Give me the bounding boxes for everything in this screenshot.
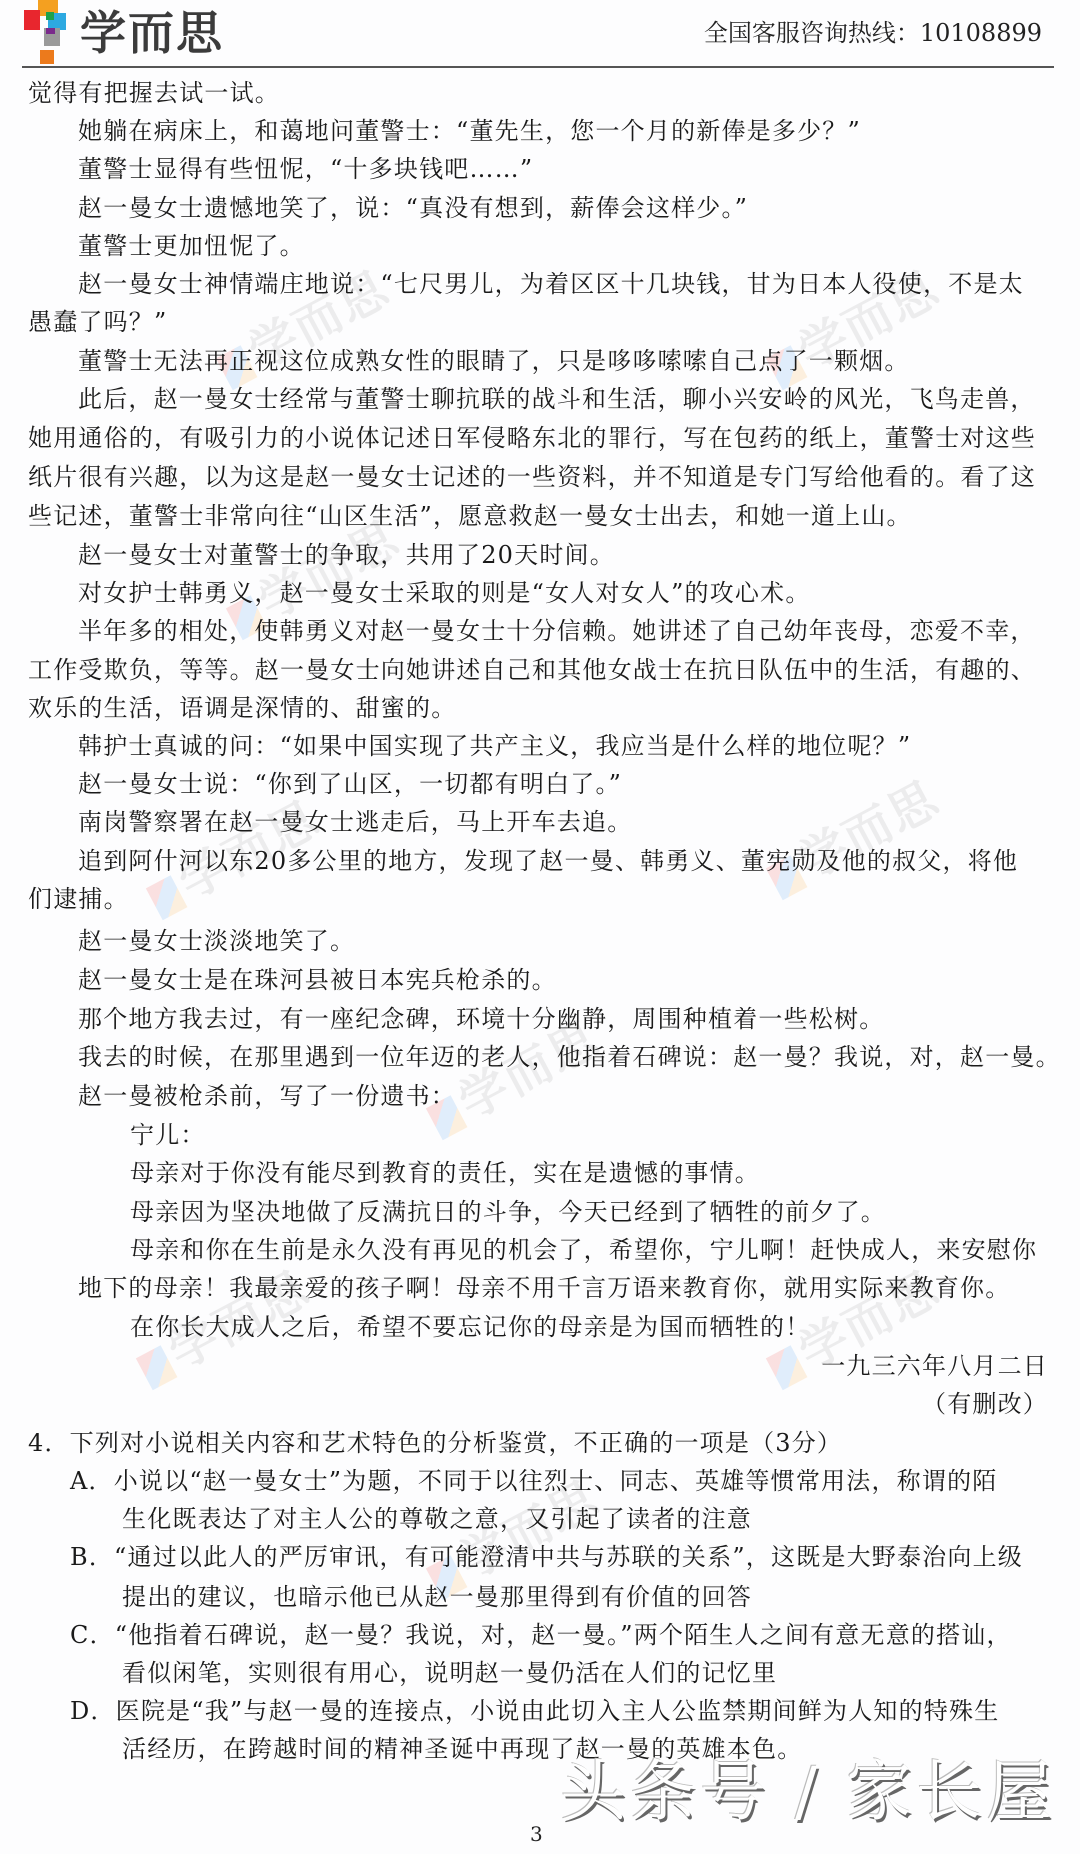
brand-logo-text: 学而思 bbox=[80, 6, 224, 60]
letter-line: 母亲和你在生前是永久没有再见的机会了，希望你，宁儿啊！赶快成人，来安慰你 bbox=[130, 1235, 1044, 1265]
letter-salutation: 宁儿： bbox=[130, 1120, 1044, 1150]
paragraph-line: 赵一曼被枪杀前，写了一份遗书： bbox=[78, 1081, 1044, 1111]
option-label: C． bbox=[70, 1621, 115, 1649]
letter-line: 母亲对于你没有能尽到教育的责任，实在是遗憾的事情。 bbox=[130, 1158, 1044, 1188]
option-text: “通过以此人的严厉审讯，有可能澄清中共与苏联的关系”，这既是大野泰治向上级 bbox=[114, 1543, 1023, 1571]
page-header: 学而思 全国客服咨询热线：10108899 bbox=[0, 0, 1080, 70]
option-c: C．“他指着石碑说，赵一曼？我说，对，赵一曼。”两个陌生人之间有意无意的搭讪， bbox=[70, 1620, 1044, 1650]
paragraph-line: 韩护士真诚的问：“如果中国实现了共产主义，我应当是什么样的地位呢？” bbox=[78, 731, 1044, 761]
watermark-logo-icon bbox=[766, 1345, 808, 1390]
option-b: B．“通过以此人的严厉审讯，有可能澄清中共与苏联的关系”，这既是大野泰治向上级 bbox=[70, 1542, 1044, 1572]
paragraph-line: 我去的时候，在那里遇到一位年迈的老人，他指着石碑说：赵一曼？我说，对，赵一曼。 bbox=[78, 1042, 1044, 1072]
paragraph-line: 赵一曼女士是在珠河县被日本宪兵枪杀的。 bbox=[78, 965, 1044, 995]
paragraph-line: 欢乐的生活，语调是深情的、甜蜜的。 bbox=[28, 693, 1044, 723]
paragraph-line: 赵一曼女士淡淡地笑了。 bbox=[78, 926, 1044, 956]
letter-line: 地下的母亲！我最亲爱的孩子啊！母亲不用千言万语来教育你，就用实际来教育你。 bbox=[78, 1273, 1044, 1303]
option-a: A．小说以“赵一曼女士”为题，不同于以往烈士、同志、英雄等惯常用法，称谓的陌 bbox=[70, 1466, 1044, 1496]
paragraph-line: 纸片很有兴趣，以为这是赵一曼女士记述的一些资料，并不知道是专门写给他看的。看了这 bbox=[28, 462, 1044, 492]
paragraph-line: 赵一曼女士对董警士的争取，共用了20天时间。 bbox=[78, 540, 1044, 570]
option-label: D． bbox=[70, 1697, 116, 1725]
paragraph-line: 她躺在病床上，和蔼地问董警士：“董先生，您一个月的新俸是多少？” bbox=[78, 116, 1044, 146]
option-d: D．医院是“我”与赵一曼的连接点，小说由此切入主人公监禁期间鲜为人知的特殊生 bbox=[70, 1696, 1044, 1726]
paragraph-line: 赵一曼女士说：“你到了山区，一切都有明白了。” bbox=[78, 769, 1044, 799]
option-a-continued: 生化既表达了对主人公的尊敬之意，又引起了读者的注意 bbox=[122, 1504, 1044, 1534]
paragraph-line: 觉得有把握去试一试。 bbox=[28, 78, 1044, 108]
paragraph-line: 南岗警察署在赵一曼女士逃走后，马上开车去追。 bbox=[78, 807, 1044, 837]
paragraph-line: 赵一曼女士神情端庄地说：“七尺男儿，为着区区十几块钱，甘为日本人役使，不是太 bbox=[78, 269, 1044, 299]
question-stem: 4．下列对小说相关内容和艺术特色的分析鉴赏，不正确的一项是（3分） bbox=[28, 1428, 1044, 1458]
page-number: 3 bbox=[530, 1822, 543, 1846]
paragraph-line: 赵一曼女士遗憾地笑了，说：“真没有想到，薪俸会这样少。” bbox=[78, 193, 1044, 223]
paragraph-line: 愚蠢了吗？” bbox=[28, 307, 1044, 337]
option-text: 医院是“我”与赵一曼的连接点，小说由此切入主人公监禁期间鲜为人知的特殊生 bbox=[116, 1697, 1000, 1725]
paragraph-line: 们逮捕。 bbox=[28, 884, 1044, 914]
option-text: “他指着石碑说，赵一曼？我说，对，赵一曼。”两个陌生人之间有意无意的搭讪， bbox=[115, 1621, 1012, 1649]
paragraph-line: 董警士显得有些忸怩，“十多块钱吧……” bbox=[78, 154, 1044, 184]
revision-note: （有删改） bbox=[922, 1389, 1048, 1419]
letter-date: 一九三六年八月二日 bbox=[821, 1351, 1048, 1381]
option-c-continued: 看似闲笔，实则很有用心，说明赵一曼仍活在人们的记忆里 bbox=[122, 1658, 1044, 1688]
xueersi-logo-icon bbox=[24, 0, 68, 64]
option-label: A． bbox=[70, 1467, 114, 1495]
paragraph-line: 对女护士韩勇义，赵一曼女士采取的则是“女人对女人”的攻心术。 bbox=[78, 578, 1044, 608]
option-label: B． bbox=[70, 1543, 114, 1571]
paragraph-line: 半年多的相处，使韩勇义对赵一曼女士十分信赖。她讲述了自己幼年丧母，恋爱不幸， bbox=[78, 616, 1044, 646]
paragraph-line: 些记述，董警士非常向往“山区生活”，愿意救赵一曼女士出去，和她一道上山。 bbox=[28, 501, 1044, 531]
option-b-continued: 提出的建议，也暗示他已从赵一曼那里得到有价值的回答 bbox=[122, 1582, 1044, 1612]
paragraph-line: 董警士无法再正视这位成熟女性的眼睛了，只是哆哆嗦嗦自己点了一颗烟。 bbox=[78, 346, 1044, 376]
paragraph-line: 她用通俗的，有吸引力的小说体记述日军侵略东北的罪行，写在包药的纸上，董警士对这些 bbox=[28, 423, 1044, 453]
header-divider bbox=[22, 66, 1054, 68]
paragraph-line: 追到阿什河以东20多公里的地方，发现了赵一曼、韩勇义、董宪勋及他的叔父，将他 bbox=[78, 846, 1044, 876]
letter-line: 在你长大成人之后，希望不要忘记你的母亲是为国而牺牲的！ bbox=[130, 1312, 1044, 1342]
paragraph-line: 董警士更加忸怩了。 bbox=[78, 231, 1044, 261]
letter-line: 母亲因为坚决地做了反满抗日的斗争，今天已经到了牺牲的前夕了。 bbox=[130, 1197, 1044, 1227]
footer-brand-watermark: 头条号 / 家长屋 bbox=[560, 1752, 1056, 1832]
watermark-logo-icon bbox=[136, 1345, 178, 1390]
hotline-text: 全国客服咨询热线：10108899 bbox=[704, 18, 1042, 48]
paragraph-line: 此后，赵一曼女士经常与董警士聊抗联的战斗和生活，聊小兴安岭的风光，飞鸟走兽， bbox=[78, 384, 1044, 414]
option-text: 小说以“赵一曼女士”为题，不同于以往烈士、同志、英雄等惯常用法，称谓的陌 bbox=[114, 1467, 998, 1495]
paragraph-line: 那个地方我去过，有一座纪念碑，环境十分幽静，周围种植着一些松树。 bbox=[78, 1004, 1044, 1034]
paragraph-line: 工作受欺负，等等。赵一曼女士向她讲述自己和其他女战士在抗日队伍中的生活，有趣的、 bbox=[28, 655, 1044, 685]
